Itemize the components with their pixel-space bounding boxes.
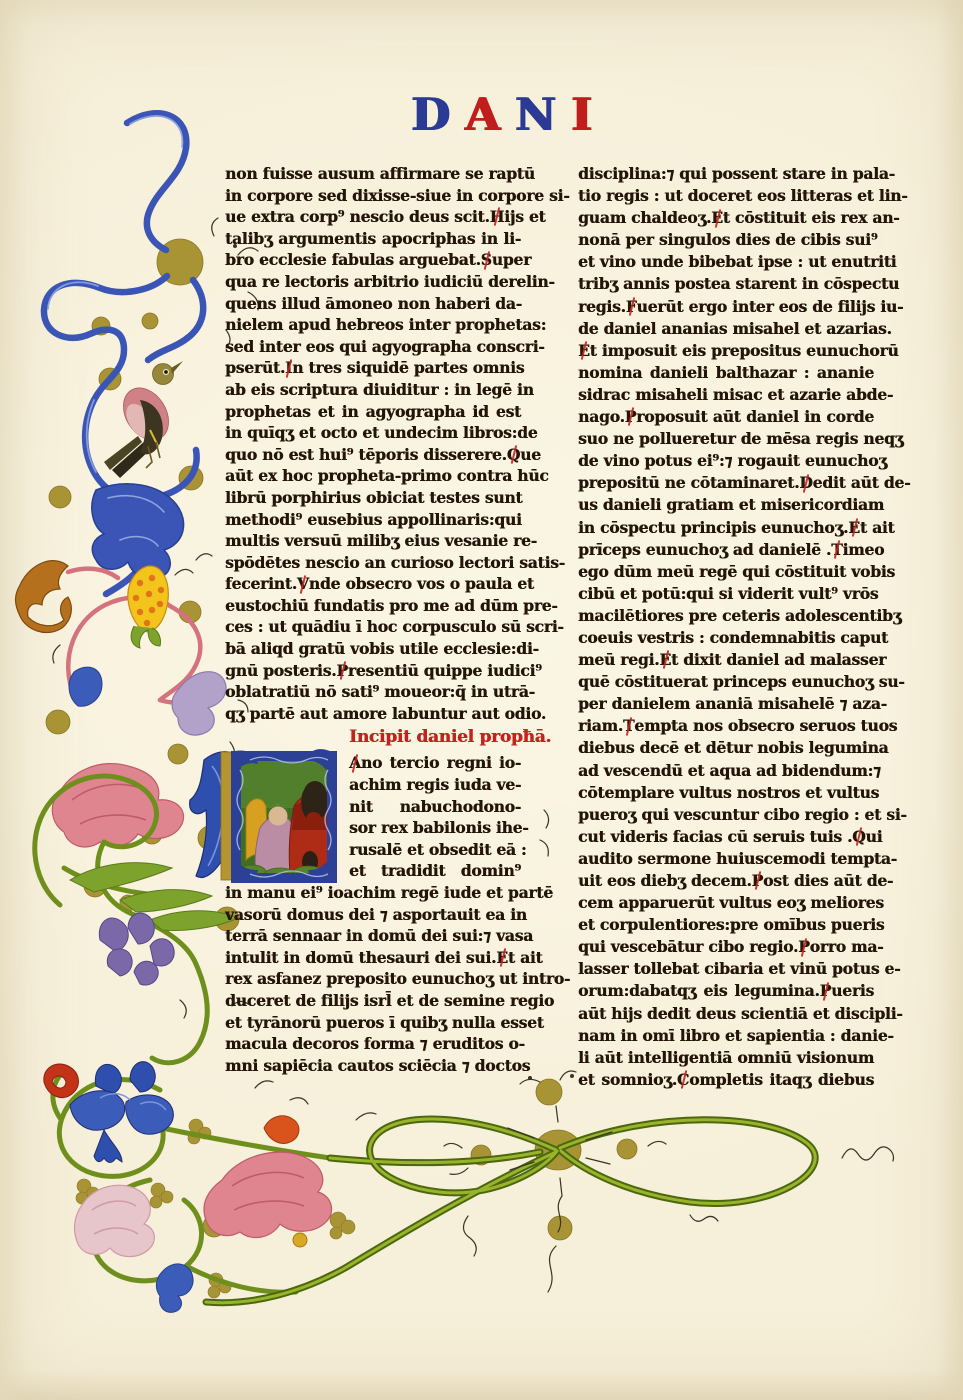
rubricated-capital: P (336, 660, 347, 682)
text-line: diebus decē et dētur nobis legumina (578, 737, 874, 759)
bottom-flourish (206, 1119, 815, 1303)
rubricated-capital: P (625, 406, 636, 428)
text-line: sor rex babilonis ihe- (225, 817, 521, 839)
right-text-column: disciplina:⁊ qui possent stare in pala-t… (578, 163, 874, 1091)
text-line: riam.Tempta nos obsecro seruos tuos (578, 715, 874, 737)
text-line: nonā per singulos dies de cibis sui⁹ (578, 229, 874, 251)
text-line: qua re lectoris arbitrio iudiciū derelin… (225, 271, 521, 293)
text-line: eustochiū fundatis pro me ad dūm pre- (225, 595, 521, 617)
text-line: Et imposuit eis prepositus eunuchorū (578, 340, 874, 362)
running-header: DANI (411, 88, 607, 141)
text-line: us danieli gratiam et misericordiam (578, 494, 874, 516)
text-line: librū porphirius obiciat testes sunt (225, 487, 521, 509)
text-line: nomina danieli balthazar : ananie (578, 362, 874, 384)
text-line: talibʒ argumentis apocriphas in li- (225, 228, 521, 250)
rubricated-capital: P (820, 980, 831, 1002)
text-line: spōdētes nescio an curioso lectori satis… (225, 552, 521, 574)
text-line: aūt ex hoc propheta-primo contra hūc (225, 465, 521, 487)
text-line: pserūt.In tres siquidē partes omnis (225, 357, 521, 379)
rubricated-capital: Q (852, 826, 865, 848)
header-letter: N (515, 88, 571, 141)
text-line: vasorū domus dei ⁊ asportauit ea in (225, 904, 521, 926)
text-line: bā aliqd gratū vobis utile ecclesie:di- (225, 638, 521, 660)
text-line: sed inter eos qui agyographa conscri- (225, 336, 521, 358)
bird-illustration (104, 361, 183, 478)
mid-border-foliage (16, 561, 243, 985)
blue-acanthus-leaf (92, 484, 184, 579)
text-line: in cōspectu principis eunuchoʒ.Et ait (578, 517, 874, 539)
rubricated-capital: T (623, 715, 634, 737)
text-line: sidrac misaheli misac et azarie abde- (578, 384, 874, 406)
rubricated-capital: D (799, 472, 812, 494)
text-line: macula decoros forma ⁊ eruditos o- (225, 1033, 521, 1055)
rubricated-capital: Q (507, 444, 520, 466)
text-line: qʒ partē aut amore labuntur aut odio. (225, 703, 521, 725)
text-line: rusalē et obsedit eā : (225, 839, 521, 861)
text-line: de daniel ananias misahel et azarias. (578, 318, 874, 340)
pink-acanthus-right (204, 1152, 332, 1237)
rubricated-capital: E (496, 947, 508, 969)
text-line: nit nabuchodono- (225, 796, 521, 818)
text-line: qui vescebātur cibo regio.Porro ma- (578, 936, 874, 958)
rubric-line: Incipit daniel propħā. (225, 724, 521, 752)
text-line: methodi⁹ eusebius appollinaris:qui (225, 509, 521, 531)
text-line: orum:dabatqʒ eis legumina.Pueris (578, 980, 874, 1002)
gold-leaf-clusters (76, 1119, 355, 1298)
text-line: intulit in domū thesauri dei sui.Et ait (225, 947, 521, 969)
rubricated-capital: C (677, 1069, 689, 1091)
rubricated-capital: I (285, 357, 292, 379)
text-line: li aūt intelligentiā omniū visionum (578, 1047, 874, 1069)
text-line: macilētiores pre ceteris adolescentibʒ (578, 605, 874, 627)
text-line: in corpore sed dixisse-siue in corpore s… (225, 185, 521, 207)
rubricated-capital: A (349, 752, 361, 774)
text-line: gnū posteris.Presentiū quippe iudici⁹ (225, 660, 521, 682)
text-line: disciplina:⁊ qui possent stare in pala- (578, 163, 874, 185)
left-text-column: non fuisse ausum affirmare se raptūin co… (225, 163, 521, 1076)
green-leaves (70, 863, 238, 931)
text-line: regis.Fuerūt ergo inter eos de filijs iu… (578, 296, 874, 318)
text-line: oblatratiū nō sati⁹ moueor:q̄ in utrā- (225, 681, 521, 703)
text-line: et tradidit domin⁹ (225, 860, 521, 882)
rubricated-capital: E (711, 207, 723, 229)
text-line: prophetas et in agyographa id est (225, 401, 521, 423)
rubricated-capital: E (578, 340, 590, 362)
text-line: bro ecclesie fabulas arguebat.Super (225, 249, 521, 271)
text-line: non fuisse ausum affirmare se raptū (225, 163, 521, 185)
text-line: terrā sennaar in domū dei sui:⁊ vasa (225, 925, 521, 947)
rubricated-capital: S (481, 249, 492, 271)
text-line: meū regi.Et dixit daniel ad malasser (578, 649, 874, 671)
green-vine-mid (35, 776, 196, 964)
text-line: et somnioʒ.Completis itaqʒ diebus (578, 1069, 874, 1091)
red-bud (44, 1064, 79, 1098)
text-line: ue extra corp⁹ nescio deus scit.Hijs et (225, 206, 521, 228)
columbine-flowers-purple (99, 913, 174, 985)
text-line: aūt hijs dedit deus scientiā et discipli… (578, 1003, 874, 1025)
text-line: ad vescendū et aqua ad bidendum:⁊ (578, 760, 874, 782)
text-line: coeuis vestris : condemnabitis caput (578, 627, 874, 649)
header-letter: I (571, 88, 607, 141)
text-line: achim regis iuda ve- (225, 774, 521, 796)
small-blue-acanthus (156, 1264, 193, 1312)
rubricated-capital: E (659, 649, 671, 671)
vine-scrolls-blue (44, 113, 203, 594)
pink-acanthus-leaf (52, 764, 183, 847)
columbine-flower-blue (70, 1062, 173, 1163)
header-letter: D (411, 88, 465, 141)
rubricated-capital: P (752, 870, 763, 892)
text-line: uit eos diebʒ decem.Post dies aūt de- (578, 870, 874, 892)
text-line: pueroʒ qui vescuntur cibo regio : et si- (578, 804, 874, 826)
text-line: in quīqʒ et octo et undecim libros:de (225, 422, 521, 444)
text-line: tio regis : ut doceret eos litteras et l… (578, 185, 874, 207)
text-line: prīceps eunuchoʒ ad danielē .Timeo (578, 539, 874, 561)
text-line: cōtemplare vultus nostros et vultus (578, 782, 874, 804)
text-line: guam chaldeoʒ.Et cōstituit eis rex an- (578, 207, 874, 229)
text-line: quo nō est hui⁹ tēporis disserere.Que (225, 444, 521, 466)
rubricated-capital: V (297, 573, 309, 595)
text-line: fecerint.Vnde obsecro vos o paula et (225, 573, 521, 595)
text-line: cem apparuerūt vultus eoʒ meliores (578, 892, 874, 914)
small-blue-leaf (69, 667, 102, 706)
text-line: quens illud āmoneo non haberi da- (225, 293, 521, 315)
rubricated-capital: F (626, 296, 637, 318)
red-orange-leaf (264, 1116, 299, 1144)
strawberry-fruit (128, 566, 168, 648)
yellow-ball (293, 1233, 307, 1247)
pink-vine-stems (68, 569, 204, 703)
rubricated-capital: E (848, 517, 860, 539)
text-line: audito sermone huiuscemodi tempta- (578, 848, 874, 870)
text-line: nielem apud hebreos inter prophetas: (225, 314, 521, 336)
text-line: ego dūm meū regē qui cōstituit vobis (578, 561, 874, 583)
text-line: multis versuū milibʒ eius vesanie re- (225, 530, 521, 552)
text-line: prepositū ne cōtaminaret.Dedit aūt de- (578, 472, 874, 494)
text-line: nam in omī libro et sapientia : danie- (578, 1025, 874, 1047)
text-line: ces : ut quādiu ī hoc corpusculo sū scri… (225, 616, 521, 638)
text-line: suo ne pollueretur de mēsa regis neqʒ (578, 428, 874, 450)
text-line: ab eis scriptura diuiditur : in legē in (225, 379, 521, 401)
rubricated-capital: H (490, 206, 504, 228)
rubricated-capital: T (831, 539, 842, 561)
text-line: Ano tercio regni io- (225, 752, 521, 774)
text-line: in manu ei⁹ ioachim regē iude et partē (225, 882, 521, 904)
text-line: rex asfanez preposito eunuchoʒ ut intro- (225, 968, 521, 990)
text-line: quē cōstituerat princeps eunuchoʒ su- (578, 671, 874, 693)
orange-acanthus-leaf (16, 561, 72, 633)
text-line: et corpulentiores:pre omībus pueris (578, 914, 874, 936)
text-line: cibū et potū:qui si viderit vult⁹ vrōs (578, 583, 874, 605)
text-line: duceret de filijs isrl̄ et de semine reg… (225, 990, 521, 1012)
text-line: cut videris facias cū seruis tuis .Qui (578, 826, 874, 848)
rubricated-capital: P (798, 936, 809, 958)
text-line: lasser tollebat cibaria et vinū potus e- (578, 958, 874, 980)
text-line: tribʒ annis postea starent in cōspectu (578, 273, 874, 295)
manuscript-page: DANI non fuisse ausum affirmare se raptū… (0, 0, 963, 1400)
text-line: de vino potus ei⁹:⁊ rogauit eunuchoʒ (578, 450, 874, 472)
text-line: mni sapiēcia cautos sciēcia ⁊ doctos (225, 1055, 521, 1077)
text-line: per danielem ananiā misahelē ⁊ aza- (578, 693, 874, 715)
text-line: et vino unde bibebat ipse : ut enutriti (578, 251, 874, 273)
lavender-acanthus-leaf (172, 672, 226, 735)
header-letter: A (465, 88, 515, 141)
pale-pink-acanthus (75, 1185, 155, 1256)
text-line: nago.Proposuit aūt daniel in corde (578, 406, 874, 428)
text-line: et tyrānorū pueros ī quibʒ nulla esset (225, 1012, 521, 1034)
